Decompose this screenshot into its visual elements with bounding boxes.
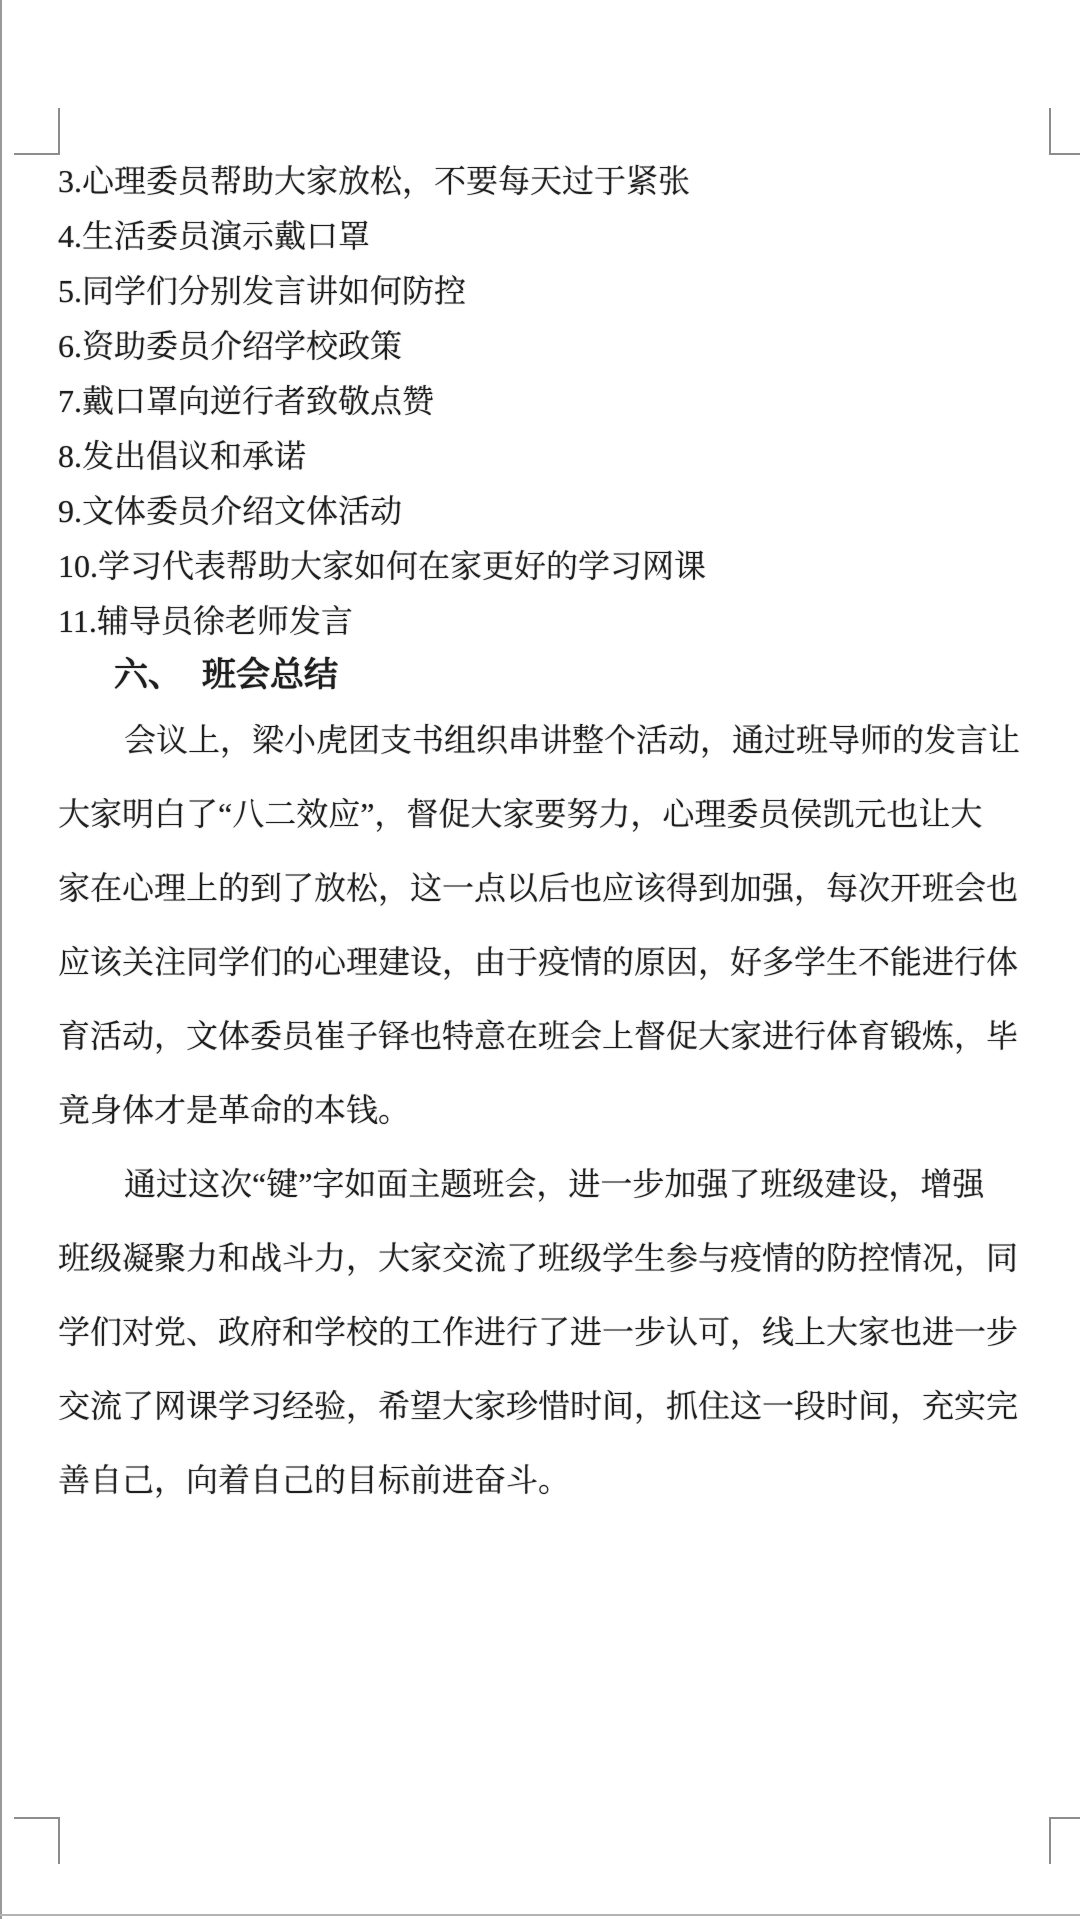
agenda-item-7: 7.戴口罩向逆行者致敬点赞 [58,374,1021,429]
paragraph-line: 育活动，文体委员崔子铎也特意在班会上督促大家进行体育锻炼，毕 [58,999,1021,1073]
scanned-document-page: { "page": { "background": "#ffffff", "te… [0,0,1080,1919]
paragraph-line: 家在心理上的到了放松，这一点以后也应该得到加强，每次开班会也 [58,851,1021,925]
agenda-item-11: 11.辅导员徐老师发言 [58,594,1021,649]
crop-mark-bottom-left [14,1817,60,1864]
paragraph-2: 通过这次“键”字如面主题班会，进一步加强了班级建设，增强 班级凝聚力和战斗力，大… [58,1147,1021,1517]
scan-left-edge-line [0,0,2,1919]
paragraph-line: 应该关注同学们的心理建设，由于疫情的原因，好多学生不能进行体 [58,925,1021,999]
crop-mark-top-left [14,108,60,155]
agenda-item-8: 8.发出倡议和承诺 [58,429,1021,484]
paragraph-line: 交流了网课学习经验，希望大家珍惜时间，抓住这一段时间，充实完 [58,1369,1021,1443]
section-heading-number: 六、 [114,648,182,703]
paragraph-line: 大家明白了“八二效应”，督促大家要努力，心理委员侯凯元也让大 [58,777,1021,851]
agenda-item-9: 9.文体委员介绍文体活动 [58,484,1021,539]
agenda-item-10: 10.学习代表帮助大家如何在家更好的学习网课 [58,539,1021,594]
paragraph-line: 善自己，向着自己的目标前进奋斗。 [58,1443,1021,1517]
scan-bottom-edge-line [0,1914,1080,1916]
document-page: 3.心理委员帮助大家放松，不要每天过于紧张 4.生活委员演示戴口罩 5.同学们分… [0,0,1080,1919]
crop-mark-top-right [1049,108,1080,155]
paragraph-line: 学们对党、政府和学校的工作进行了进一步认可，线上大家也进一步 [58,1295,1021,1369]
section-heading-title: 班会总结 [202,657,338,694]
paragraph-line: 班级凝聚力和战斗力，大家交流了班级学生参与疫情的防控情况，同 [58,1221,1021,1295]
agenda-item-3: 3.心理委员帮助大家放松，不要每天过于紧张 [58,154,1021,209]
agenda-item-5: 5.同学们分别发言讲如何防控 [58,264,1021,319]
paragraph-line: 竟身体才是革命的本钱。 [58,1073,1021,1147]
section-heading: 六、班会总结 [58,648,338,703]
paragraph-1: 会议上，梁小虎团支书组织串讲整个活动，通过班导师的发言让 大家明白了“八二效应”… [58,703,1021,1147]
crop-mark-bottom-right [1049,1817,1080,1864]
agenda-list: 3.心理委员帮助大家放松，不要每天过于紧张 4.生活委员演示戴口罩 5.同学们分… [58,154,1021,649]
agenda-item-4: 4.生活委员演示戴口罩 [58,209,1021,264]
paragraph-line: 通过这次“键”字如面主题班会，进一步加强了班级建设，增强 [58,1147,1021,1221]
paragraph-line: 会议上，梁小虎团支书组织串讲整个活动，通过班导师的发言让 [58,703,1021,777]
summary-paragraphs: 会议上，梁小虎团支书组织串讲整个活动，通过班导师的发言让 大家明白了“八二效应”… [58,703,1021,1517]
agenda-item-6: 6.资助委员介绍学校政策 [58,319,1021,374]
